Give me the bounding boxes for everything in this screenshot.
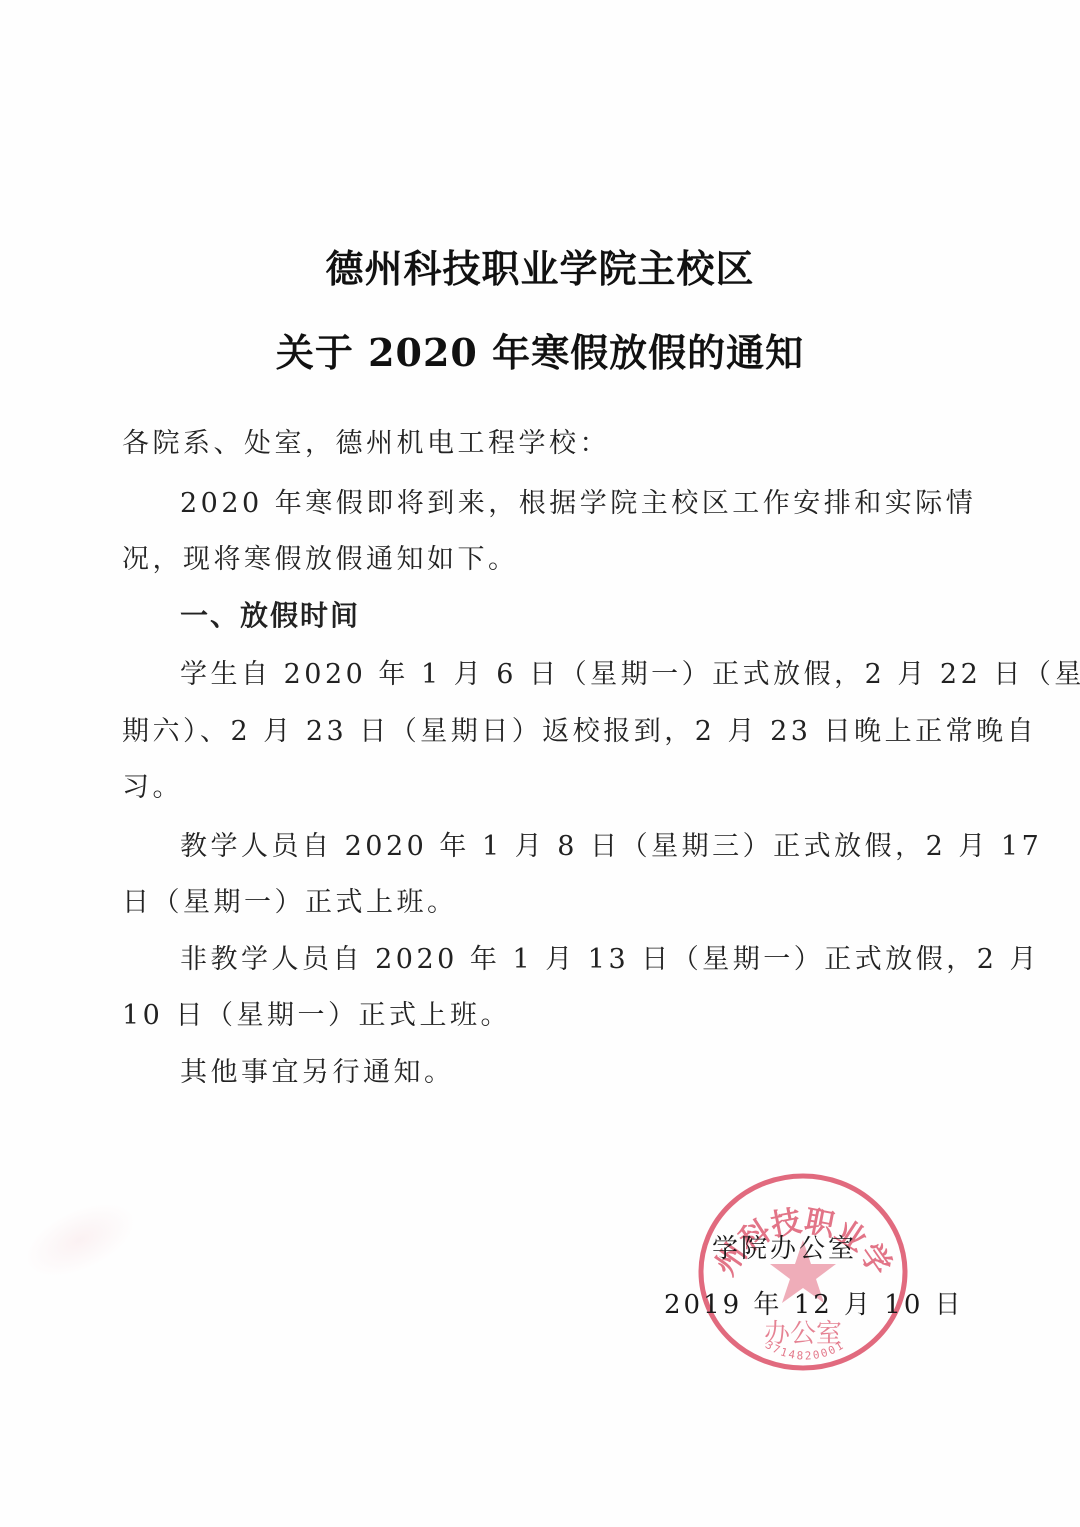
teaching-staff-line2: 日（星期一）正式上班。 xyxy=(122,883,952,923)
intro-line2: 况，现将寒假放假通知如下。 xyxy=(122,540,952,580)
students-line3: 习。 xyxy=(122,768,952,808)
scanned-document-page: 德州科技职业学院主校区 关于 2020 年寒假放假的通知 各院系、处室，德州机电… xyxy=(0,0,1080,1527)
students-line1: 学生自 2020 年 1 月 6 日（星期一）正式放假，2 月 22 日（星 xyxy=(180,655,1010,695)
teaching-staff-line1: 教学人员自 2020 年 1 月 8 日（星期三）正式放假，2 月 17 xyxy=(180,827,1010,867)
intro-line1: 2020 年寒假即将到来，根据学院主校区工作安排和实际情 xyxy=(180,484,1010,524)
section-heading-holiday-time: 一、放假时间 xyxy=(180,596,1010,636)
salutation: 各院系、处室，德州机电工程学校： xyxy=(122,424,952,464)
signature-office: 学院办公室 xyxy=(712,1228,857,1265)
document-title-line2: 关于 2020 年寒假放假的通知 xyxy=(0,322,1080,377)
students-line2: 期六）、2 月 23 日（星期日）返校报到，2 月 23 日晚上正常晚自 xyxy=(122,712,952,752)
stain-mark xyxy=(13,1187,147,1292)
official-seal-icon: 德州科技职业学院 办公室 3714820001 xyxy=(697,1172,909,1372)
non-teaching-staff-line1: 非教学人员自 2020 年 1 月 13 日（星期一）正式放假，2 月 xyxy=(180,940,1010,980)
non-teaching-staff-line2: 10 日（星期一）正式上班。 xyxy=(122,996,952,1036)
closing-note: 其他事宜另行通知。 xyxy=(180,1053,1010,1093)
signature-date: 2019 年 12 月 10 日 xyxy=(664,1284,964,1321)
document-title-line1: 德州科技职业学院主校区 xyxy=(0,238,1080,293)
